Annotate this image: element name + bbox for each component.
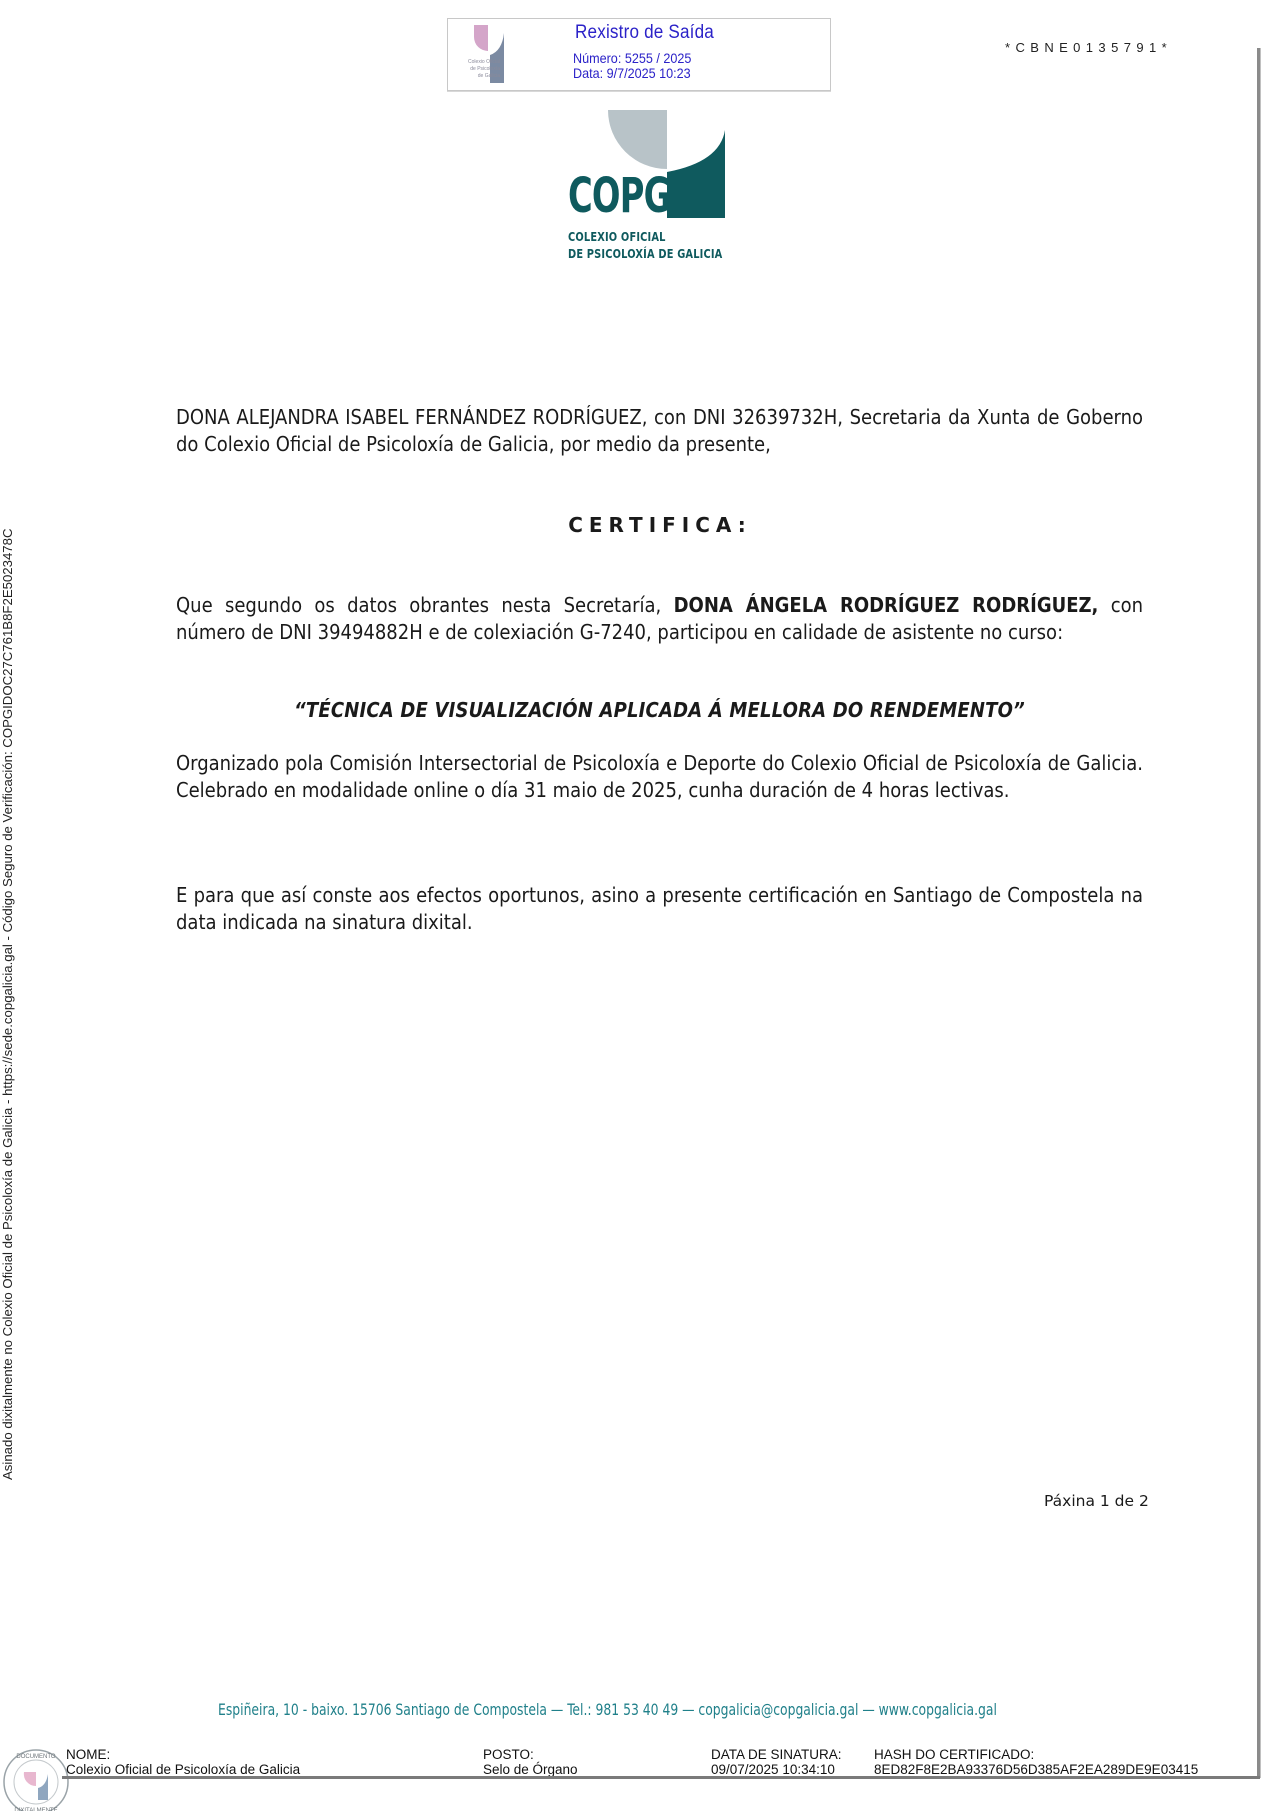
signature-date-field: DATA DE SINATURA: 09/07/2025 10:34:10 xyxy=(711,1747,842,1777)
logo-brand-text: COPG xyxy=(568,168,671,224)
footer-address: Espiñeira, 10 - baixo. 15706 Santiago de… xyxy=(218,1700,997,1719)
attendee-paragraph: Que segundo os datos obrantes nesta Secr… xyxy=(176,592,1143,646)
logo-subtitle-2: DE PSICOLOXÍA DE GALICIA xyxy=(568,247,722,261)
stamp-date: Data: 9/7/2025 10:23 xyxy=(573,66,691,81)
organizer-paragraph: Organizado pola Comisión Intersectorial … xyxy=(176,750,1143,804)
logo-subtitle-1: COLEXIO OFICIAL xyxy=(568,230,666,244)
closing-paragraph: E para que así conste aos efectos oportu… xyxy=(176,882,1143,936)
barcode-text: *CBNE0135791* xyxy=(1005,40,1172,55)
signer-post-field: POSTO: Selo de Órgano xyxy=(483,1747,578,1777)
course-title: “TÉCNICA DE VISUALIZACIÓN APLICADA Á MEL… xyxy=(176,698,1143,722)
digital-signature-seal-icon: DOCUMENTO DIXITALMENTE xyxy=(2,1748,70,1811)
page-number: Páxina 1 de 2 xyxy=(1044,1492,1149,1510)
certifica-heading: CERTIFICA: xyxy=(0,513,1280,537)
intro-paragraph: DONA ALEJANDRA ISABEL FERNÁNDEZ RODRÍGUE… xyxy=(176,404,1143,458)
signer-name-field: NOME: Colexio Oficial de Psicoloxía de G… xyxy=(66,1747,300,1777)
stamp-title: Rexistro de Saída xyxy=(575,22,714,44)
copg-logo: COPG COLEXIO OFICIAL DE PSICOLOXÍA DE GA… xyxy=(560,106,740,266)
attendee-name: DONA ÁNGELA RODRÍGUEZ RODRÍGUEZ, xyxy=(674,593,1099,617)
stamp-number: Número: 5255 / 2025 xyxy=(573,51,691,66)
registry-stamp: Colexio Oficial de Psicoloxía de Galicia… xyxy=(447,18,831,91)
verification-side-text: Asinado dixitalmente no Colexio Oficial … xyxy=(0,380,15,1480)
certificate-hash-field: HASH DO CERTIFICADO: 8ED82F8E2BA93376D56… xyxy=(874,1747,1198,1777)
svg-text:DOCUMENTO: DOCUMENTO xyxy=(16,1754,56,1760)
mini-logo-caption: Colexio Oficial de Psicoloxía de Galicia xyxy=(460,59,500,80)
signature-rule xyxy=(62,1776,1260,1779)
page-edge-shadow xyxy=(1257,48,1261,1778)
